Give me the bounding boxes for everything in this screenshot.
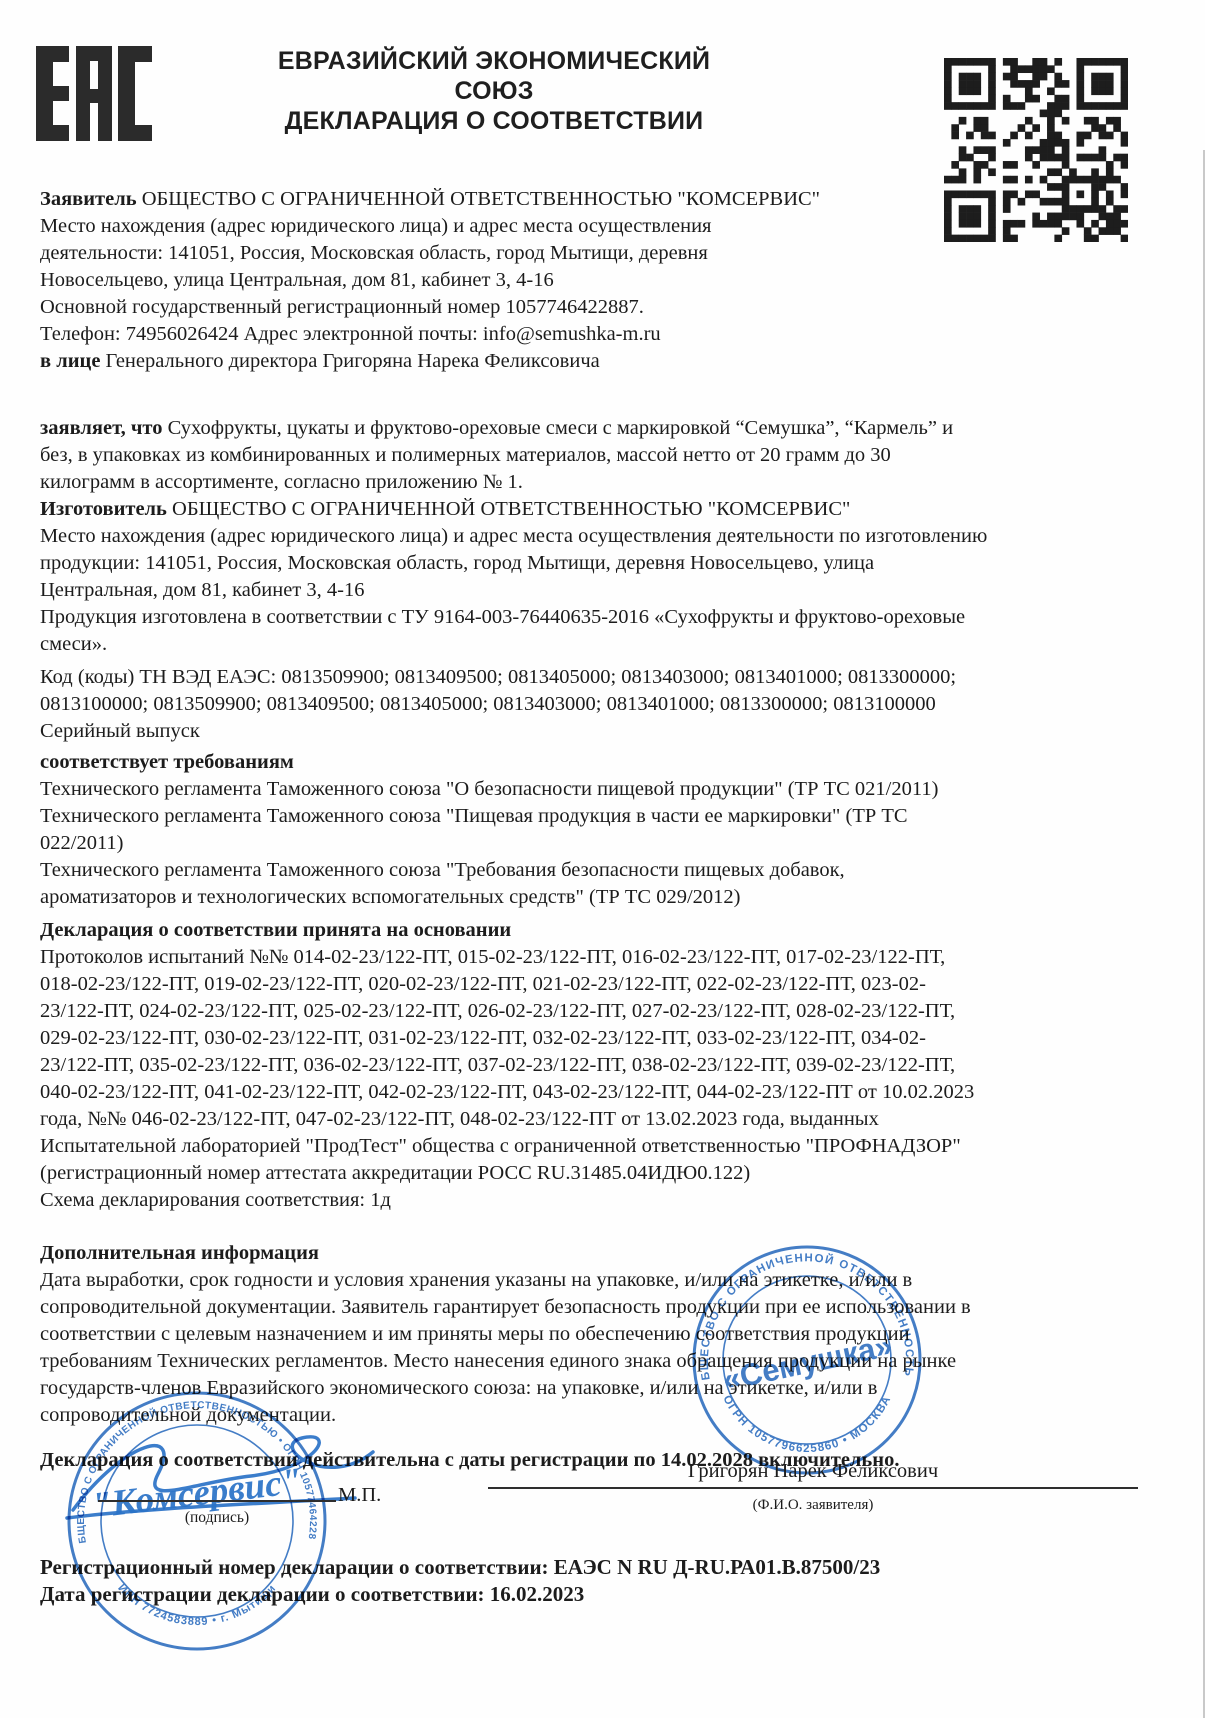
- eac-letter-c-top: [118, 46, 152, 62]
- basis-label: Декларация о соответствии принята на осн…: [40, 919, 511, 941]
- declares-block: заявляет, что Сухофрукты, цукаты и фрукт…: [40, 415, 1170, 496]
- basis-body: Протоколов испытаний №№ 014-02-23/122-ПТ…: [40, 946, 974, 1211]
- stamp-right-arc-bottom: ОГРН 1057796625860 • МОСКВА: [720, 1394, 893, 1455]
- stamp-right-center: «Семушка»: [720, 1327, 896, 1397]
- compliance-body: Технического регламента Таможенного союз…: [40, 778, 938, 908]
- title-union-line: ЕВРАЗИЙСКИЙ ЭКОНОМИЧЕСКИЙ СОЮЗ: [238, 46, 750, 106]
- eac-letter-e-bot: [36, 125, 69, 141]
- document-body: Заявитель ОБЩЕСТВО С ОГРАНИЧЕННОЙ ОТВЕТС…: [40, 186, 1170, 1608]
- handwritten-signature: "Комсервис": [55, 1412, 455, 1582]
- eac-logo: [36, 46, 152, 142]
- declares-text: Сухофрукты, цукаты и фруктово-ореховые с…: [40, 417, 953, 493]
- additional-label: Дополнительная информация: [40, 1242, 319, 1264]
- applicant-block: Заявитель ОБЩЕСТВО С ОГРАНИЧЕННОЙ ОТВЕТС…: [40, 186, 1170, 375]
- codes-text: Код (коды) ТН ВЭД ЕАЭС: 0813509900; 0813…: [40, 666, 956, 715]
- signature-row: ОБЩЕСТВО С ОГРАНИЧЕННОЙ ОТВЕТСТВЕННОСТЬЮ…: [40, 1484, 1170, 1554]
- serial-text: Серийный выпуск: [40, 720, 200, 742]
- fio-caption: (Ф.И.О. заявителя): [488, 1492, 1138, 1519]
- eac-letter-e-top: [36, 46, 69, 62]
- manufacturer-text: ОБЩЕСТВО С ОГРАНИЧЕННОЙ ОТВЕТСТВЕННОСТЬЮ…: [40, 498, 987, 655]
- declares-label: заявляет, что: [40, 417, 162, 439]
- eac-letter-a-top: [76, 46, 112, 61]
- manufacturer-block: Изготовитель ОБЩЕСТВО С ОГРАНИЧЕННОЙ ОТВ…: [40, 496, 1170, 658]
- serial-line: Серийный выпуск: [40, 718, 1170, 745]
- compliance-label: соответствует требованиям: [40, 751, 294, 773]
- signature-line: [98, 1500, 336, 1502]
- declaration-page: ЕВРАЗИЙСКИЙ ЭКОНОМИЧЕСКИЙ СОЮЗ ДЕКЛАРАЦИ…: [0, 0, 1205, 1718]
- svg-text:ОГРН 1057796625860 • МОСКВА: ОГРН 1057796625860 • МОСКВА: [720, 1394, 893, 1455]
- semushka-stamp: ОБЩЕСТВО С ОГРАНИЧЕННОЙ ОТВЕТСТВЕННОСТЬЮ…: [687, 1240, 927, 1480]
- fio-line: [488, 1487, 1138, 1489]
- fio-name: Григорян Нарек Феликсович: [488, 1458, 1138, 1485]
- applicant-text: ОБЩЕСТВО С ОГРАНИЧЕННОЙ ОТВЕТСТВЕННОСТЬЮ…: [40, 188, 820, 345]
- in-person-label: в лице: [40, 350, 100, 372]
- fio-block: Григорян Нарек Феликсович (Ф.И.О. заявит…: [488, 1458, 1138, 1519]
- title-doc-line: ДЕКЛАРАЦИЯ О СООТВЕТСТВИИ: [238, 106, 750, 136]
- codes-block: Код (коды) ТН ВЭД ЕАЭС: 0813509900; 0813…: [40, 664, 1170, 718]
- mp-label: М.П.: [338, 1482, 381, 1509]
- eac-letter-a-bar: [76, 89, 112, 103]
- applicant-label: Заявитель: [40, 188, 137, 210]
- eac-letter-e-mid: [36, 86, 69, 101]
- eac-letter-c-bot: [118, 125, 152, 141]
- basis-block: Декларация о соответствии принята на осн…: [40, 917, 1170, 1214]
- in-person-text: Генерального директора Григоряна Нарека …: [100, 350, 599, 372]
- manufacturer-label: Изготовитель: [40, 498, 167, 520]
- svg-text:ИНН 7724583889 • г. Мытищи: ИНН 7724583889 • г. Мытищи: [115, 1582, 278, 1628]
- compliance-block: соответствует требованиям Технического р…: [40, 749, 1170, 911]
- stamp-left-arc-bottom: ИНН 7724583889 • г. Мытищи: [115, 1582, 278, 1628]
- signature-caption: (подпись): [98, 1504, 336, 1531]
- document-title: ЕВРАЗИЙСКИЙ ЭКОНОМИЧЕСКИЙ СОЮЗ ДЕКЛАРАЦИ…: [238, 46, 750, 136]
